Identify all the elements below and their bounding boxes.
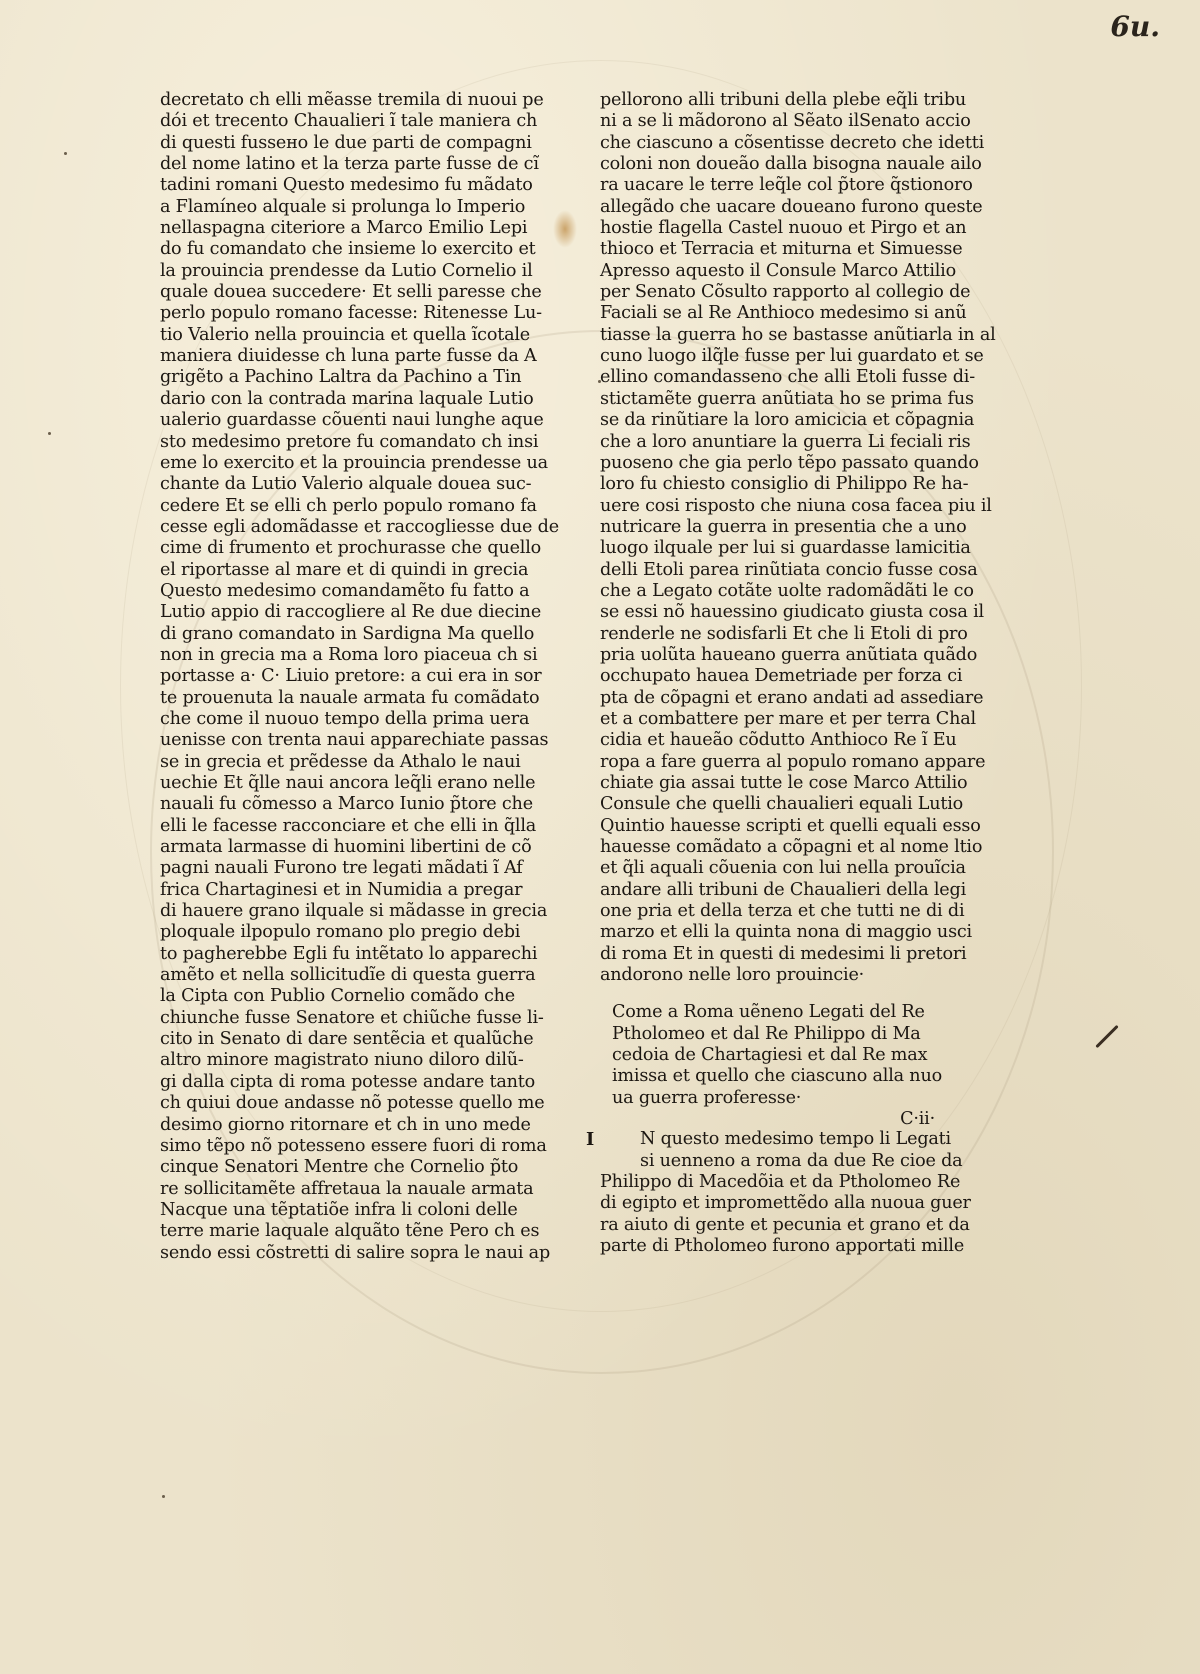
text-line: di questi fussено le due parti de compag…: [160, 133, 515, 154]
text-line: simo tẽpo nõ potesseno essere fuori di r…: [160, 1136, 515, 1157]
text-line: Faciali se al Re Anthioco medesimo si an…: [600, 303, 955, 324]
text-line: se in grecia et prẽdesse da Athalo le na…: [160, 752, 515, 773]
text-line: to pagherebbe Egli fu intẽtato lo appare…: [160, 944, 515, 965]
rubric-line: ua guerra proferesse·: [612, 1088, 955, 1109]
guide-letter: I: [586, 1129, 594, 1150]
text-line: chante da Lutio Valerio alquale douea su…: [160, 474, 515, 495]
text-line: ni a se li mãdorono al Sẽato ilSenato ac…: [600, 111, 955, 132]
text-line: et q̃li aquali cõuenia con lui nella pro…: [600, 858, 955, 879]
text-line: che a loro anuntiare la guerra Li fecial…: [600, 432, 955, 453]
text-line: del nome latino et la terza parte fusse …: [160, 154, 515, 175]
text-line: di roma Et in questi di medesimi li pret…: [600, 944, 955, 965]
foxing-stain: [553, 210, 577, 248]
text-line: cesse egli adomãdasse et raccogliesse du…: [160, 517, 515, 538]
text-line: dói et trecento Chaualieri ĩ tale manier…: [160, 111, 515, 132]
text-line: te prouenuta la nauale armata fu comãdat…: [160, 688, 515, 709]
margin-speck: [64, 152, 67, 155]
text-line: chiate gia assai tutte le cose Marco Att…: [600, 773, 955, 794]
text-line: perlo populo romano facesse: Ritenesse L…: [160, 303, 515, 324]
text-line: maniera diuidesse ch luna parte fusse da…: [160, 346, 515, 367]
chapter-line: Philippo di Macedõia et da Ptholomeo Re: [600, 1172, 955, 1193]
text-line: ualerio guardasse cõuenti naui lunghe aq…: [160, 410, 515, 431]
text-line: cime di frumento et prochurasse che quel…: [160, 538, 515, 559]
chapter-line: si uenneno a roma da due Re cioe da: [600, 1151, 955, 1172]
text-line: la prouincia prendesse da Lutio Cornelio…: [160, 261, 515, 282]
chapter-number: C·ii·: [900, 1109, 935, 1130]
rubric-line: Come a Roma uẽneno Legati del Re: [612, 1002, 955, 1023]
text-line: re sollicitamẽte affretaua la nauale arm…: [160, 1179, 515, 1200]
text-line: grigẽto a Pachino Laltra da Pachino a Ti…: [160, 367, 515, 388]
text-line: dario con la contrada marina laquale Lut…: [160, 389, 515, 410]
text-line: desimo giorno ritornare et ch in uno med…: [160, 1115, 515, 1136]
text-line: one pria et della terza et che tutti ne …: [600, 901, 955, 922]
text-line: renderle ne sodisfarli Et che li Etoli d…: [600, 624, 955, 645]
text-line: elli le facesse racconciare et che elli …: [160, 816, 515, 837]
text-line: portasse a· C· Liuio pretore: a cui era …: [160, 666, 515, 687]
text-line: se da rinũtiare la loro amicicia et cõpa…: [600, 410, 955, 431]
text-line: Lutio appio di raccogliere al Re due die…: [160, 602, 515, 623]
chapter-line: ra aiuto di gente et pecunia et grano et…: [600, 1215, 955, 1236]
text-line: cuno luogo ilq̃le fusse per lui guardato…: [600, 346, 955, 367]
text-line: ploquale ilpopulo romano plo pregio debi: [160, 922, 515, 943]
text-line: stictamẽte guerra anũtiata ho se prima f…: [600, 389, 955, 410]
text-line: thioco et Terracia et miturna et Simuess…: [600, 239, 955, 260]
rubric-line: Ptholomeo et dal Re Philippo di Ma: [612, 1024, 955, 1045]
chapter-line: parte di Ptholomeo furono apportati mill…: [600, 1236, 955, 1257]
text-line: nauali fu cõmesso a Marco Iunio p̃tore c…: [160, 794, 515, 815]
text-line: cedere Et se elli ch perlo populo romano…: [160, 496, 515, 517]
text-line: tio Valerio nella prouincia et quella ĩc…: [160, 325, 515, 346]
text-line: Questo medesimo comandamẽto fu fatto a: [160, 581, 515, 602]
text-line: gi dalla cipta di roma potesse andare ta…: [160, 1072, 515, 1093]
text-line: che ciascuno a cõsentisse decreto che id…: [600, 133, 955, 154]
text-line: coloni non doueão dalla bisogna nauale a…: [600, 154, 955, 175]
text-line: andorono nelle loro prouincie·: [600, 965, 955, 986]
text-line: pagni nauali Furono tre legati mãdati ĩ …: [160, 858, 515, 879]
text-line: ra uacare le terre leq̃le col p̃tore q̃s…: [600, 175, 955, 196]
text-line: pta de cõpagni et erano andati ad assedi…: [600, 688, 955, 709]
text-line: terre marie laquale alquãto tẽne Pero ch…: [160, 1221, 515, 1242]
text-line: tadini romani Questo medesimo fu mãdato: [160, 175, 515, 196]
chapter-rubric: Come a Roma uẽneno Legati del RePtholome…: [600, 1002, 955, 1109]
text-line: che come il nuouo tempo della prima uera: [160, 709, 515, 730]
text-line: tiasse la guerra ho se bastasse anũtiarl…: [600, 325, 955, 346]
text-line: ropa a fare guerra al populo romano appa…: [600, 752, 955, 773]
text-line: nellaspagna citeriore a Marco Emilio Lep…: [160, 218, 515, 239]
text-line: a Flamíneo alquale si prolunga lo Imperi…: [160, 197, 515, 218]
text-line: non in grecia ma a Roma loro piaceua ch …: [160, 645, 515, 666]
rubric-line: imissa et quello che ciascuno alla nuo: [612, 1066, 955, 1087]
text-line: ch quiui doue andasse nõ potesse quello …: [160, 1093, 515, 1114]
text-line: Apresso aquesto il Consule Marco Attilio: [600, 261, 955, 282]
text-line: se essi nõ hauessino giudicato giusta co…: [600, 602, 955, 623]
text-line: hauesse comãdato a cõpagni et al nome lt…: [600, 837, 955, 858]
chapter-opening: I N questo medesimo tempo li Legatisi ue…: [600, 1129, 955, 1257]
text-line: pria uolũta haueano guerra anũtiata quãd…: [600, 645, 955, 666]
text-line: et a combattere per mare et per terra Ch…: [600, 709, 955, 730]
text-line: occhupato hauea Demetriade per forza ci: [600, 666, 955, 687]
text-line: andare alli tribuni de Chaualieri della …: [600, 880, 955, 901]
right-body-text: pellorono alli tribuni della plebe eq̃li…: [600, 90, 955, 986]
chapter-line: N questo medesimo tempo li Legati: [600, 1129, 955, 1150]
text-line: uechie Et q̃lle naui ancora leq̃li erano…: [160, 773, 515, 794]
text-line: loro fu chiesto consiglio di Philippo Re…: [600, 474, 955, 495]
text-line: puoseno che gia perlo tẽpo passato quand…: [600, 453, 955, 474]
text-line: sendo essi cõstretti di salire sopra le …: [160, 1243, 515, 1264]
text-line: uere cosi risposto che niuna cosa facea …: [600, 496, 955, 517]
text-line: cito in Senato di dare sentẽcia et qualũ…: [160, 1029, 515, 1050]
text-line: altro minore magistrato niuno diloro dil…: [160, 1050, 515, 1071]
text-line: luogo ilquale per lui si guardasse lamic…: [600, 538, 955, 559]
text-line: armata larmasse di huomini libertini de …: [160, 837, 515, 858]
text-line: Nacque una tẽptatiõe infra li coloni del…: [160, 1200, 515, 1221]
margin-speck: [162, 1495, 165, 1498]
text-line: frica Chartaginesi et in Numidia a prega…: [160, 880, 515, 901]
text-line: marzo et elli la quinta nona di maggio u…: [600, 922, 955, 943]
rubric-line: cedoia de Chartagiesi et dal Re max: [612, 1045, 955, 1066]
text-line: do fu comandato che insieme lo exercito …: [160, 239, 515, 260]
text-line: amẽto et nella sollicitudĩe di questa gu…: [160, 965, 515, 986]
text-line: decretato ch elli mẽasse tremila di nuou…: [160, 90, 515, 111]
text-line: el riportasse al mare et di quindi in gr…: [160, 560, 515, 581]
text-line: quale douea succedere· Et selli paresse …: [160, 282, 515, 303]
text-line: pellorono alli tribuni della plebe eq̃li…: [600, 90, 955, 111]
text-line: hostie flagella Castel nuouo et Pirgo et…: [600, 218, 955, 239]
marginal-pen-mark: [1095, 1025, 1118, 1048]
text-line: che a Legato cotãte uolte radomãdãti le …: [600, 581, 955, 602]
text-line: di grano comandato in Sardigna Ma quello: [160, 624, 515, 645]
margin-speck: [48, 432, 51, 435]
text-line: la Cipta con Publio Cornelio comãdo che: [160, 986, 515, 1007]
text-line: Quintio hauesse scripti et quelli equali…: [600, 816, 955, 837]
text-line: per Senato Cõsulto rapporto al collegio …: [600, 282, 955, 303]
text-line: cinque Senatori Mentre che Cornelio p̃to: [160, 1157, 515, 1178]
text-line: nutricare la guerra in presentia che a u…: [600, 517, 955, 538]
chapter-line: di egipto et impromettẽdo alla nuoua gue…: [600, 1193, 955, 1214]
text-line: delli Etoli parea rinũtiata concio fusse…: [600, 560, 955, 581]
text-line: ellino comandasseno che alli Etoli fusse…: [600, 367, 955, 388]
text-line: di hauere grano ilquale si mãdasse in gr…: [160, 901, 515, 922]
folio-number: 6u.: [1110, 10, 1160, 43]
text-line: uenisse con trenta naui apparechiate pas…: [160, 730, 515, 751]
text-line: eme lo exercito et la prouincia prendess…: [160, 453, 515, 474]
text-column-left: decretato ch elli mẽasse tremila di nuou…: [160, 90, 515, 1264]
text-column-right: pellorono alli tribuni della plebe eq̃li…: [600, 90, 955, 1257]
text-line: allegãdo che uacare doueano furono quest…: [600, 197, 955, 218]
text-line: Consule che quelli chaualieri equali Lut…: [600, 794, 955, 815]
text-line: chiunche fusse Senatore et chiũche fusse…: [160, 1008, 515, 1029]
text-line: cidia et haueão cõdutto Anthioco Re ĩ Eu: [600, 730, 955, 751]
text-line: sto medesimo pretore fu comandato ch ins…: [160, 432, 515, 453]
